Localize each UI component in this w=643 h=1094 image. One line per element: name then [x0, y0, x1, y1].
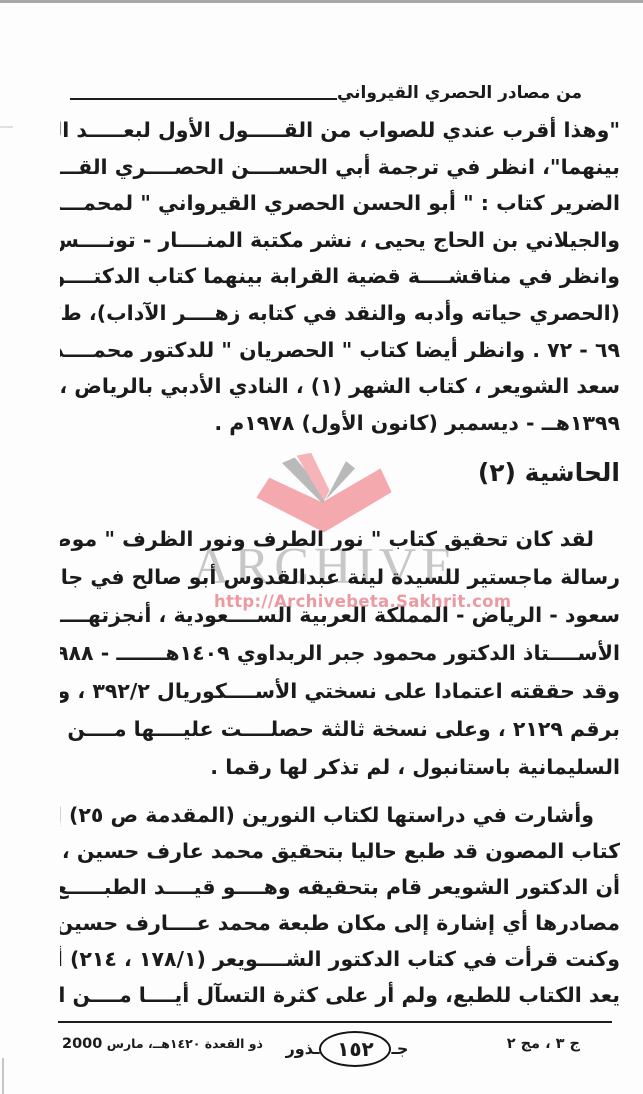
scan-edge-artifact	[0, 0, 643, 3]
page-number-badge: ١٥٢	[319, 1031, 391, 1067]
text-line: السليمانية باستانبول ، لم تذكر لها رقما …	[60, 748, 620, 786]
text-line: "وهذا أقرب عندي للصواب من القـــــول الأ…	[60, 112, 620, 149]
text-line: سعود - الرياض - المملكة العربية الســــع…	[60, 596, 620, 634]
text-line: كتاب المصون قد طبع حاليا بتحقيق محمد عار…	[60, 833, 620, 869]
header-rule	[70, 98, 337, 100]
text-line: الضرير كتاب : " أبو الحسن الحصري القيروا…	[60, 185, 620, 222]
footer-rule	[58, 1021, 612, 1023]
text-line: يعد الكتاب للطبع، ولم أر على كثرة التسآل…	[60, 977, 620, 1013]
text-line: ٦٩ - ٧٢ . وانظر أيضا كتاب " الحصريان " ل…	[60, 332, 620, 369]
text-line: ١٣٩٩هــ - ديسمبر (كانون الأول) ١٩٧٨م .	[60, 405, 620, 442]
page-header: من مصادر الحصري القيرواني	[70, 82, 582, 104]
text-line: وانظر في مناقشــــة قضية القرابة بينهما …	[60, 258, 620, 295]
journal-name-left-fragment: ـذور	[286, 1030, 320, 1068]
footer-date-arabic: ذو القعدة ١٤٢٠هــ، مارس	[107, 1036, 263, 1051]
scan-edge-artifact-left	[2, 1058, 4, 1094]
footer-date-year: 2000	[62, 1036, 102, 1052]
journal-name-right-fragment: جـ	[391, 1030, 408, 1068]
text-line: بينهما"، انظر في ترجمة أبي الحســــن الح…	[60, 149, 620, 186]
paragraph-note2-a: لقد كان تحقيق كتاب " نور الطرف ونور الظر…	[60, 520, 620, 786]
text-line: وأشارت في دراستها لكتاب النورين (المقدمة…	[60, 797, 620, 833]
running-header-title: من مصادر الحصري القيرواني	[337, 82, 582, 104]
text-line: والجيلاني بن الحاج يحيى ، نشر مكتبة المن…	[60, 222, 620, 259]
paragraph-note2-b: وأشارت في دراستها لكتاب النورين (المقدمة…	[60, 797, 620, 1013]
text-line: وقد حققته اعتمادا على نسختي الأســــكوري…	[60, 672, 620, 710]
text-line: وكنت قرأت في كتاب الدكتور الشــــويعر (١…	[60, 941, 620, 977]
footer-volume-info: ج ٣ ، مج ٢	[507, 1036, 580, 1052]
scan-dash-artifact	[0, 126, 13, 128]
text-line: الأســــتاذ الدكتور محمود جبر الربداوي ١…	[60, 634, 620, 672]
text-line: سعد الشويعر ، كتاب الشهر (١) ، النادي ال…	[60, 368, 620, 405]
text-line: لقد كان تحقيق كتاب " نور الطرف ونور الظر…	[60, 520, 620, 558]
footer-date: ذو القعدة ١٤٢٠هــ، مارس 2000	[62, 1036, 263, 1052]
footer-journal-pagenumber: جـ ١٥٢ ـذور	[277, 1030, 417, 1068]
scanned-document-page: من مصادر الحصري القيرواني ARCHIVE http:/…	[0, 0, 643, 1094]
text-line: أن الدكتور الشويعر قام بتحقيقه وهــــو ق…	[60, 869, 620, 905]
text-line: برقم ٢١٢٩ ، وعلى نسخة ثالثة حصلــــت علي…	[60, 710, 620, 748]
text-line: مصادرها أي إشارة إلى مكان طبعة محمد عـــ…	[60, 905, 620, 941]
paragraph-note1: "وهذا أقرب عندي للصواب من القـــــول الأ…	[60, 112, 620, 441]
text-line: (الحصري حياته وأدبه والنقد في كتابه زهــ…	[60, 295, 620, 332]
section-heading-footnote2: الحاشية (٢)	[478, 458, 620, 487]
text-line: رسالة ماجستير للسيدة لينة عبدالقدوس أبو …	[60, 558, 620, 596]
